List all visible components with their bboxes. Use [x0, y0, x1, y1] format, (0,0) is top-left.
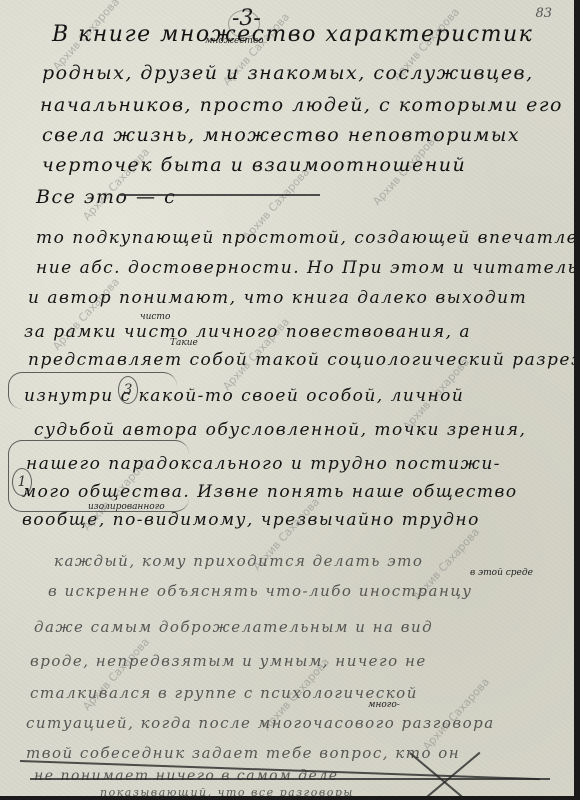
manuscript-line: мого общества. Извне понять наше обществ… — [22, 482, 518, 502]
manuscript-line: изнутри с какой-то своей особой, личной — [24, 386, 464, 406]
line-insertion: множество — [205, 36, 264, 46]
manuscript-line: Все это — с — [36, 186, 176, 208]
manuscript-line: в искренне объяснять что-либо иностранцу — [48, 582, 473, 600]
manuscript-line: твой собеседник задает тебе вопрос, кто … — [26, 744, 460, 762]
manuscript-line: представляет собой такой социологический… — [28, 350, 574, 370]
manuscript-line: то подкупающей простотой, создающей впеч… — [36, 228, 574, 248]
manuscript-line: сталкивался в группе с психологической — [30, 684, 418, 702]
manuscript-line: черточек быта и взаимоотношений — [42, 154, 466, 176]
manuscript-line: ситуацией, когда после многочасового раз… — [26, 714, 495, 732]
manuscript-line: В книге множество характеристик — [52, 22, 533, 47]
manuscript-line: за рамки чисто личного повествования, а — [24, 322, 471, 342]
manuscript-line: родных, друзей и знакомых, сослуживцев, — [42, 62, 534, 84]
line-insertion: чисто — [140, 312, 170, 322]
strikethrough — [30, 778, 550, 780]
manuscript-line: вроде, непредвзятым и умным, ничего не — [30, 652, 427, 670]
manuscript-line: судьбой автора обусловленной, точки зрен… — [34, 420, 526, 440]
manuscript-page: Архив Сахарова Архив Сахарова Архив Саха… — [0, 0, 574, 796]
manuscript-line: начальников, просто людей, с которыми ег… — [40, 94, 563, 116]
manuscript-line: свела жизнь, множество неповторимых — [42, 124, 520, 146]
strikethrough — [120, 194, 320, 196]
manuscript-line: вообще, по-видимому, чрезвычайно трудно — [22, 510, 480, 530]
line-insertion: в этой среде — [470, 568, 533, 578]
manuscript-line: даже самым доброжелательным и на вид — [34, 618, 433, 636]
line-insertion: Такие — [170, 338, 198, 348]
manuscript-line: нашего парадоксального и трудно постижи- — [26, 454, 501, 474]
line-insertion: много- — [368, 700, 400, 710]
manuscript-line: показывающий, что все разговоры — [100, 786, 354, 796]
manuscript-line: каждый, кому приходится делать это — [54, 552, 423, 570]
folio-number: 83 — [535, 6, 552, 21]
manuscript-line: ние абс. достоверности. Но При этом и чи… — [36, 258, 574, 278]
manuscript-line: и автор понимают, что книга далеко выход… — [28, 288, 527, 308]
